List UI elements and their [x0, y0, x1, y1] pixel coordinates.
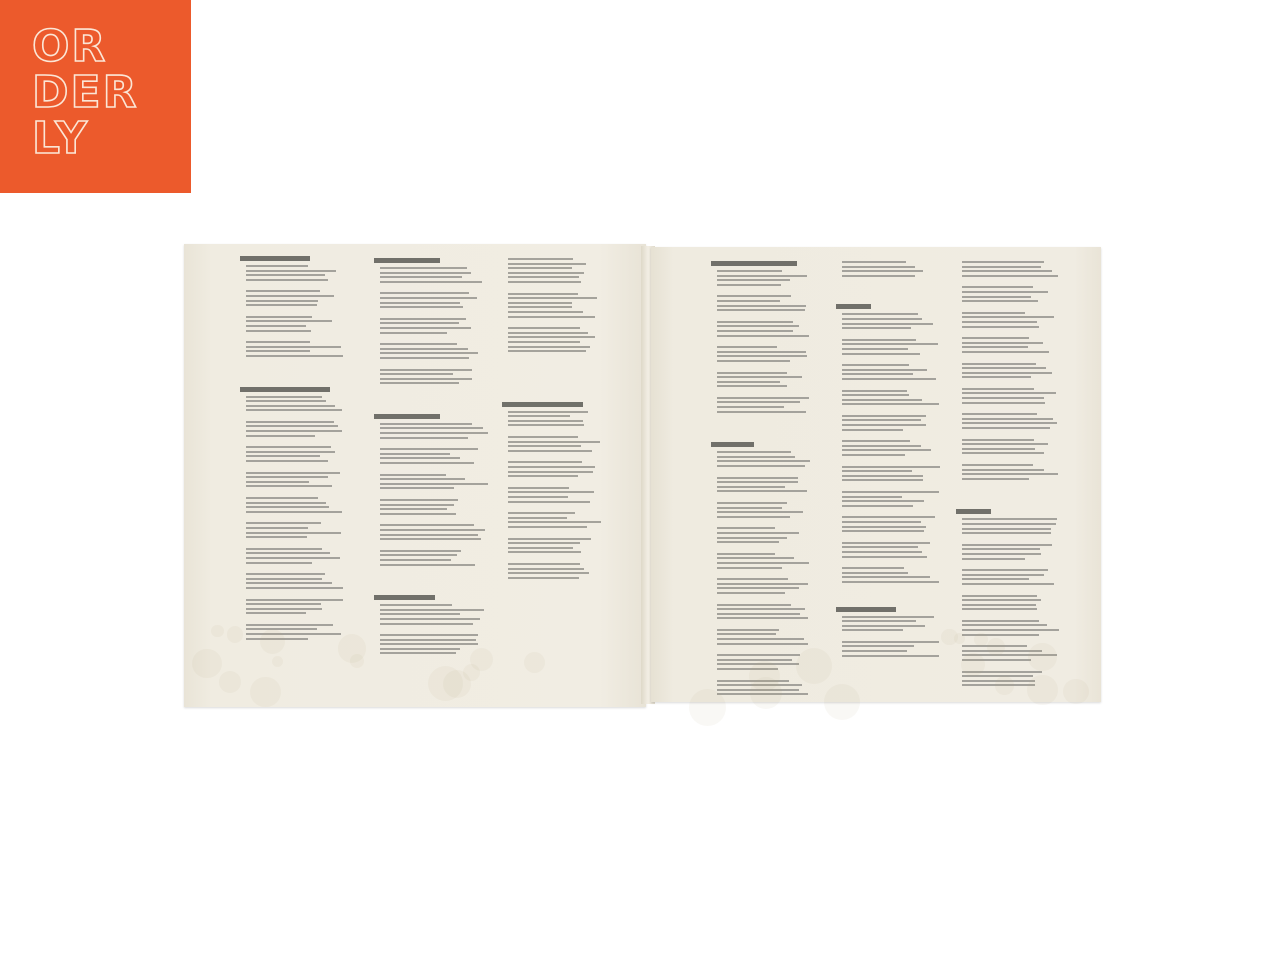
lyric-line	[842, 369, 927, 371]
lyric-line	[842, 403, 939, 405]
lyric-line	[962, 478, 1029, 480]
lyric-line	[717, 309, 805, 311]
lyric-line	[246, 502, 326, 504]
lyric-line	[380, 538, 481, 540]
lyric-line	[508, 420, 583, 422]
lyric-line	[246, 485, 332, 487]
orderly-logo: OR DER LY	[0, 0, 191, 193]
lyric-line	[962, 427, 1050, 429]
song-title	[502, 402, 583, 407]
lyric-line	[246, 446, 331, 448]
lyric-line	[717, 587, 799, 589]
lyric-line	[717, 406, 784, 408]
lyric-line	[508, 501, 590, 503]
lyric-line	[962, 270, 1052, 272]
lyric-line	[842, 373, 913, 375]
lyric-line	[508, 336, 595, 338]
lyric-line	[842, 343, 938, 345]
lyric-line	[962, 418, 1053, 420]
lyric-line	[717, 325, 799, 327]
lyric-line	[717, 532, 799, 534]
lyric-line	[962, 604, 1036, 606]
paper-stain	[219, 671, 241, 693]
lyric-line	[246, 396, 322, 398]
lyric-line	[717, 295, 791, 297]
lyric-line	[380, 474, 446, 476]
lyric-line	[246, 295, 334, 297]
lyric-line	[962, 296, 1031, 298]
lyric-line	[717, 486, 785, 488]
lyric-line	[962, 312, 1025, 314]
lyric-line	[842, 394, 909, 396]
lyric-line	[380, 352, 478, 354]
lyric-line	[508, 551, 581, 553]
lyric-line	[246, 265, 308, 267]
lyric-line	[246, 552, 330, 554]
lyric-line	[962, 448, 1035, 450]
lyric-line	[246, 497, 318, 499]
paper-stain	[524, 652, 545, 673]
lyric-line	[508, 563, 580, 565]
lyric-line	[380, 448, 478, 450]
lyric-line	[717, 346, 777, 348]
lyric-line	[842, 551, 922, 553]
lyric-line	[246, 573, 325, 575]
lyric-line	[508, 302, 572, 304]
paper-stain	[941, 629, 958, 646]
lyric-line	[842, 500, 924, 502]
lyric-line	[717, 583, 808, 585]
lyric-line	[246, 608, 322, 610]
song-title	[956, 509, 991, 514]
lyric-line	[717, 629, 779, 631]
lyric-line	[842, 496, 902, 498]
lyric-line	[842, 572, 908, 574]
lyric-line	[246, 624, 333, 626]
lyric-line	[842, 470, 912, 472]
lyric-line	[246, 325, 306, 327]
lyric-line	[962, 367, 1046, 369]
lyric-line	[842, 454, 905, 456]
lyric-line	[717, 507, 782, 509]
lyric-line	[717, 360, 790, 362]
sleeve-right-panel	[651, 247, 1101, 702]
lyric-line	[717, 385, 787, 387]
lyric-line	[380, 478, 465, 480]
lyric-line	[380, 348, 468, 350]
lyric-line	[842, 440, 910, 442]
paper-stain	[974, 633, 987, 646]
lyric-line	[842, 641, 939, 643]
lyric-line	[380, 613, 460, 615]
lyric-line	[962, 397, 1044, 399]
lyric-line	[508, 572, 589, 574]
song-title	[711, 261, 797, 266]
lyric-line	[962, 326, 1039, 328]
lyric-line	[508, 341, 580, 343]
lyric-line	[717, 578, 788, 580]
lyric-line	[246, 274, 325, 276]
lyric-line	[962, 583, 1054, 585]
lyric-line	[842, 323, 933, 325]
lyric-line	[508, 316, 595, 318]
lyric-line	[962, 266, 1041, 268]
lyric-line	[842, 261, 906, 263]
lyric-line	[508, 311, 583, 313]
lyric-line	[508, 491, 594, 493]
lyric-line	[246, 355, 343, 357]
lyric-line	[717, 376, 802, 378]
lyric-line	[380, 559, 451, 561]
lyric-line	[717, 330, 793, 332]
lyric-line	[380, 524, 474, 526]
lyric-line	[380, 643, 478, 645]
lyric-line	[842, 327, 911, 329]
lyric-line	[717, 411, 806, 413]
lyric-line	[962, 402, 1045, 404]
lyric-line	[246, 532, 341, 534]
lyric-line	[962, 523, 1056, 525]
lyric-line	[380, 499, 458, 501]
lyric-line	[246, 562, 312, 564]
lyric-line	[246, 633, 341, 635]
lyric-line	[717, 355, 807, 357]
paper-stain	[961, 653, 984, 676]
lyric-line	[717, 659, 792, 661]
lyric-line	[842, 390, 907, 392]
lyric-line	[380, 513, 456, 515]
lyric-line	[508, 538, 591, 540]
lyric-line	[246, 455, 320, 457]
lyric-line	[842, 348, 908, 350]
lyric-line	[380, 554, 457, 556]
lyric-line	[508, 424, 584, 426]
lyric-line	[842, 445, 921, 447]
lyric-line	[962, 544, 1052, 546]
lyric-line	[842, 546, 918, 548]
lyric-line	[842, 516, 935, 518]
lyric-line	[962, 464, 1033, 466]
lyric-line	[508, 441, 600, 443]
lyric-line	[962, 291, 1048, 293]
lyric-line	[962, 342, 1043, 344]
lyric-line	[717, 321, 793, 323]
lyric-line	[962, 388, 1034, 390]
lyric-line	[380, 281, 482, 283]
lyrics-column	[374, 258, 484, 664]
lyric-line	[962, 316, 1054, 318]
lyric-line	[246, 460, 328, 462]
lyric-line	[717, 643, 808, 645]
lyric-line	[508, 411, 588, 413]
lyric-line	[962, 532, 1051, 534]
lyric-line	[842, 620, 916, 622]
paper-stain	[750, 677, 782, 709]
logo-line-3: LY	[32, 116, 182, 162]
lyric-line	[508, 276, 579, 278]
lyrics-column	[502, 258, 597, 588]
lyric-line	[246, 582, 332, 584]
lyric-line	[842, 616, 934, 618]
lyric-line	[842, 424, 926, 426]
lyric-line	[380, 318, 466, 320]
lyric-line	[717, 300, 780, 302]
lyric-line	[717, 270, 782, 272]
lyric-line	[246, 320, 332, 322]
lyric-line	[962, 351, 1049, 353]
lyric-line	[962, 261, 1044, 263]
lyric-line	[962, 286, 1033, 288]
lyric-line	[246, 628, 317, 630]
lyric-line	[842, 526, 926, 528]
lyric-line	[962, 452, 1044, 454]
lyric-line	[717, 335, 809, 337]
sleeve-left-panel	[184, 244, 646, 707]
song-title	[374, 414, 440, 419]
lyric-line	[962, 624, 1047, 626]
lyric-line	[508, 450, 592, 452]
lyric-line	[380, 302, 460, 304]
lyric-line	[962, 392, 1056, 394]
lyric-line	[508, 258, 573, 260]
song-title	[836, 304, 871, 309]
lyric-line	[246, 522, 321, 524]
lyric-line	[962, 413, 1037, 415]
lyric-line	[962, 574, 1044, 576]
lyric-line	[380, 306, 463, 308]
lyric-line	[717, 654, 800, 656]
lyrics-column	[956, 261, 1056, 696]
lyric-line	[717, 592, 785, 594]
song-title	[374, 595, 435, 600]
lyric-line	[962, 599, 1041, 601]
lyric-line	[380, 343, 457, 345]
lyric-line	[717, 537, 787, 539]
lyric-line	[380, 483, 488, 485]
lyric-line	[962, 376, 1031, 378]
paper-stain	[192, 649, 222, 679]
lyric-line	[246, 304, 317, 306]
lyric-line	[380, 618, 480, 620]
lyric-line	[842, 275, 915, 277]
lyric-line	[842, 419, 921, 421]
paper-stain	[443, 670, 471, 698]
lyric-line	[717, 279, 790, 281]
lyric-line	[962, 321, 1037, 323]
lyric-line	[842, 415, 926, 417]
lyric-line	[246, 612, 306, 614]
lyric-line	[246, 430, 342, 432]
lyric-line	[508, 350, 586, 352]
lyric-line	[717, 553, 775, 555]
lyric-line	[380, 267, 467, 269]
lyric-line	[842, 625, 925, 627]
lyric-line	[717, 275, 807, 277]
lyric-line	[717, 381, 780, 383]
paper-stain	[272, 656, 283, 667]
lyric-line	[962, 558, 1025, 560]
lyric-line	[842, 479, 923, 481]
lyric-line	[717, 460, 810, 462]
lyric-line	[842, 505, 913, 507]
lyric-line	[380, 529, 485, 531]
lyric-line	[962, 518, 1057, 520]
lyric-line	[246, 511, 342, 513]
lyric-line	[508, 306, 572, 308]
lyric-line	[717, 305, 806, 307]
lyric-line	[246, 341, 310, 343]
lyric-line	[717, 613, 800, 615]
song-title	[240, 256, 310, 261]
lyric-line	[246, 316, 312, 318]
lyric-line	[246, 472, 340, 474]
lyric-line	[380, 534, 478, 536]
lyric-line	[380, 427, 483, 429]
lyric-line	[246, 425, 338, 427]
lyric-line	[380, 357, 469, 359]
lyric-line	[842, 466, 940, 468]
song-title	[836, 607, 896, 612]
lyric-line	[962, 595, 1037, 597]
lyric-line	[380, 623, 473, 625]
lyric-line	[380, 652, 456, 654]
lyric-line	[842, 270, 923, 272]
lyric-line	[962, 337, 1029, 339]
lyric-line	[246, 451, 335, 453]
lyric-line	[962, 300, 1038, 302]
lyric-line	[717, 604, 791, 606]
lyric-line	[508, 577, 579, 579]
lyric-line	[508, 487, 569, 489]
lyric-line	[508, 521, 601, 523]
lyric-line	[508, 263, 586, 265]
lyric-line	[246, 270, 336, 272]
paper-stain	[250, 677, 281, 708]
lyric-line	[246, 557, 340, 559]
lyric-line	[962, 569, 1048, 571]
lyric-line	[962, 439, 1034, 441]
lyric-line	[717, 481, 798, 483]
lyric-line	[380, 634, 478, 636]
lyric-line	[842, 655, 939, 657]
lyric-line	[246, 603, 321, 605]
lyric-line	[508, 281, 581, 283]
lyric-line	[717, 557, 794, 559]
lyric-line	[380, 423, 472, 425]
lyric-line	[246, 421, 334, 423]
lyric-line	[246, 409, 342, 411]
lyric-line	[842, 339, 916, 341]
lyric-line	[842, 491, 939, 493]
lyric-line	[717, 372, 787, 374]
lyric-line	[508, 436, 578, 438]
lyric-line	[380, 332, 447, 334]
lyric-line	[380, 453, 450, 455]
lyric-line	[962, 422, 1057, 424]
paper-stain	[1063, 679, 1088, 704]
lyric-line	[380, 504, 454, 506]
lyric-line	[508, 346, 590, 348]
lyric-line	[380, 639, 476, 641]
lyric-line	[842, 581, 939, 583]
lyric-line	[246, 506, 329, 508]
paper-stain	[1027, 675, 1057, 705]
lyric-line	[380, 487, 454, 489]
lyric-line	[246, 300, 318, 302]
lyric-line	[380, 272, 471, 274]
lyric-line	[717, 527, 775, 529]
lyric-line	[842, 449, 931, 451]
lyric-line	[842, 576, 930, 578]
paper-stain	[796, 648, 832, 684]
lyric-line	[962, 634, 1039, 636]
lyric-line	[380, 550, 461, 552]
lyric-line	[508, 332, 588, 334]
lyric-line	[246, 330, 311, 332]
lyric-line	[962, 469, 1044, 471]
lyric-line	[842, 650, 907, 652]
lyric-line	[380, 508, 447, 510]
lyric-line	[842, 266, 915, 268]
lyric-line	[842, 645, 914, 647]
lyric-line	[246, 400, 326, 402]
lyric-line	[962, 275, 1058, 277]
logo-text: OR DER LY	[32, 24, 182, 162]
lyric-line	[380, 648, 460, 650]
lyric-line	[380, 462, 474, 464]
lyric-line	[842, 353, 920, 355]
lyric-line	[380, 297, 477, 299]
lyric-line	[842, 542, 930, 544]
lyric-line	[246, 548, 322, 550]
lyric-line	[842, 364, 909, 366]
lyric-line	[508, 496, 568, 498]
lyric-line	[508, 542, 580, 544]
paper-stain	[1028, 643, 1057, 672]
lyric-line	[380, 369, 472, 371]
lyric-line	[842, 399, 922, 401]
lyric-line	[842, 313, 918, 315]
lyric-line	[508, 512, 575, 514]
lyric-line	[962, 372, 1052, 374]
lyric-line	[717, 502, 787, 504]
lyric-line	[246, 536, 307, 538]
lyric-line	[508, 547, 573, 549]
logo-line-1: OR	[32, 24, 182, 70]
lyric-line	[962, 578, 1029, 580]
lyric-line	[508, 272, 584, 274]
lyric-line	[508, 297, 597, 299]
lyric-line	[508, 475, 578, 477]
lyrics-column	[240, 256, 340, 649]
lyric-line	[246, 476, 328, 478]
paper-stain	[211, 625, 223, 637]
lyric-line	[962, 608, 1037, 610]
lyric-line	[717, 516, 790, 518]
lyric-line	[717, 541, 779, 543]
logo-line-2: DER	[32, 70, 182, 116]
lyric-line	[842, 378, 936, 380]
lyric-line	[842, 556, 927, 558]
lyric-line	[717, 351, 806, 353]
lyric-line	[380, 437, 468, 439]
lyric-line	[246, 481, 309, 483]
lyric-line	[962, 553, 1041, 555]
lyric-line	[962, 363, 1036, 365]
lyric-line	[842, 429, 903, 431]
lyric-line	[380, 378, 472, 380]
lyric-line	[962, 620, 1039, 622]
